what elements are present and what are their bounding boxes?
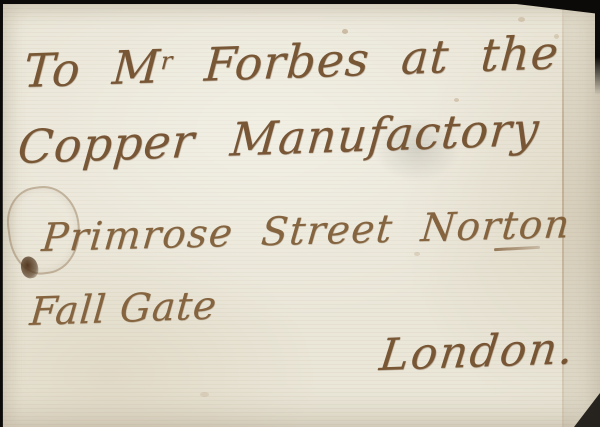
address-line-street: Primrose Street Norton	[40, 202, 573, 261]
letter-paper: To Mr Forbes at the Copper Manufactory P…	[2, 4, 600, 427]
scan-edge-right	[595, 0, 600, 95]
fox-spot	[518, 17, 525, 22]
address-line-recipient: To Mr Forbes at the	[22, 25, 561, 98]
fox-spot	[554, 34, 559, 39]
fox-spot	[342, 29, 348, 34]
address-line-business: Copper Manufactory	[16, 102, 542, 174]
fox-spot	[414, 252, 420, 256]
fox-spot	[200, 392, 209, 397]
address-recipient-rest: Forbes at the	[171, 25, 561, 93]
scanned-letter-cover: To Mr Forbes at the Copper Manufactory P…	[0, 0, 600, 427]
address-recipient-prefix: To M	[22, 39, 162, 98]
fox-spot	[454, 98, 459, 102]
address-line-city: London.	[377, 323, 578, 381]
address-line-district: Fall Gate	[28, 283, 219, 335]
scan-edge-left	[0, 0, 3, 427]
ink-blob	[20, 255, 40, 279]
